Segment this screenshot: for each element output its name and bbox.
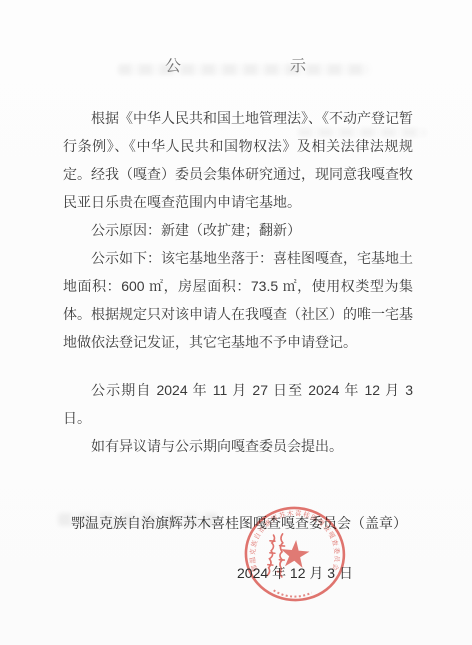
title-char-right: 示 <box>290 53 307 76</box>
issuer-line: 鄂温克族自治旗辉苏木喜桂图嘎查嘎查委员会（盖章） <box>71 509 413 537</box>
paragraph-reason: 公示原因：新建（改扩建；翻新） <box>63 216 413 244</box>
notice-body: 根据《中华人民共和国土地管理法》、《不动产登记暂行条例》、《中华人民共和国物权法… <box>63 104 413 587</box>
paragraph-details: 公示如下：该宅基地坐落于：喜桂图嘎查，宅基地土地面积：600 ㎡，房屋面积：73… <box>63 244 413 356</box>
title-char-left: 公 <box>165 53 182 76</box>
paragraph-period: 公示期自 2024 年 11 月 27 日至 2024 年 12 月 3 日。 <box>63 376 413 432</box>
notice-title: 公 示 <box>0 53 472 76</box>
date-line: 2024 年 12 月 3 日 <box>237 559 413 587</box>
paragraph-objection: 如有异议请与公示期向嘎查委员会提出。 <box>63 432 413 460</box>
seal-bottom-code-marks <box>273 589 311 598</box>
scanned-notice-page: 公 示 鄂温克族自治旗辉苏木喜桂图嘎查嘎查委员会 根据《中华人民共和国土地管理法… <box>0 0 472 645</box>
paragraph-legal-basis: 根据《中华人民共和国土地管理法》、《不动产登记暂行条例》、《中华人民共和国物权法… <box>63 104 413 216</box>
